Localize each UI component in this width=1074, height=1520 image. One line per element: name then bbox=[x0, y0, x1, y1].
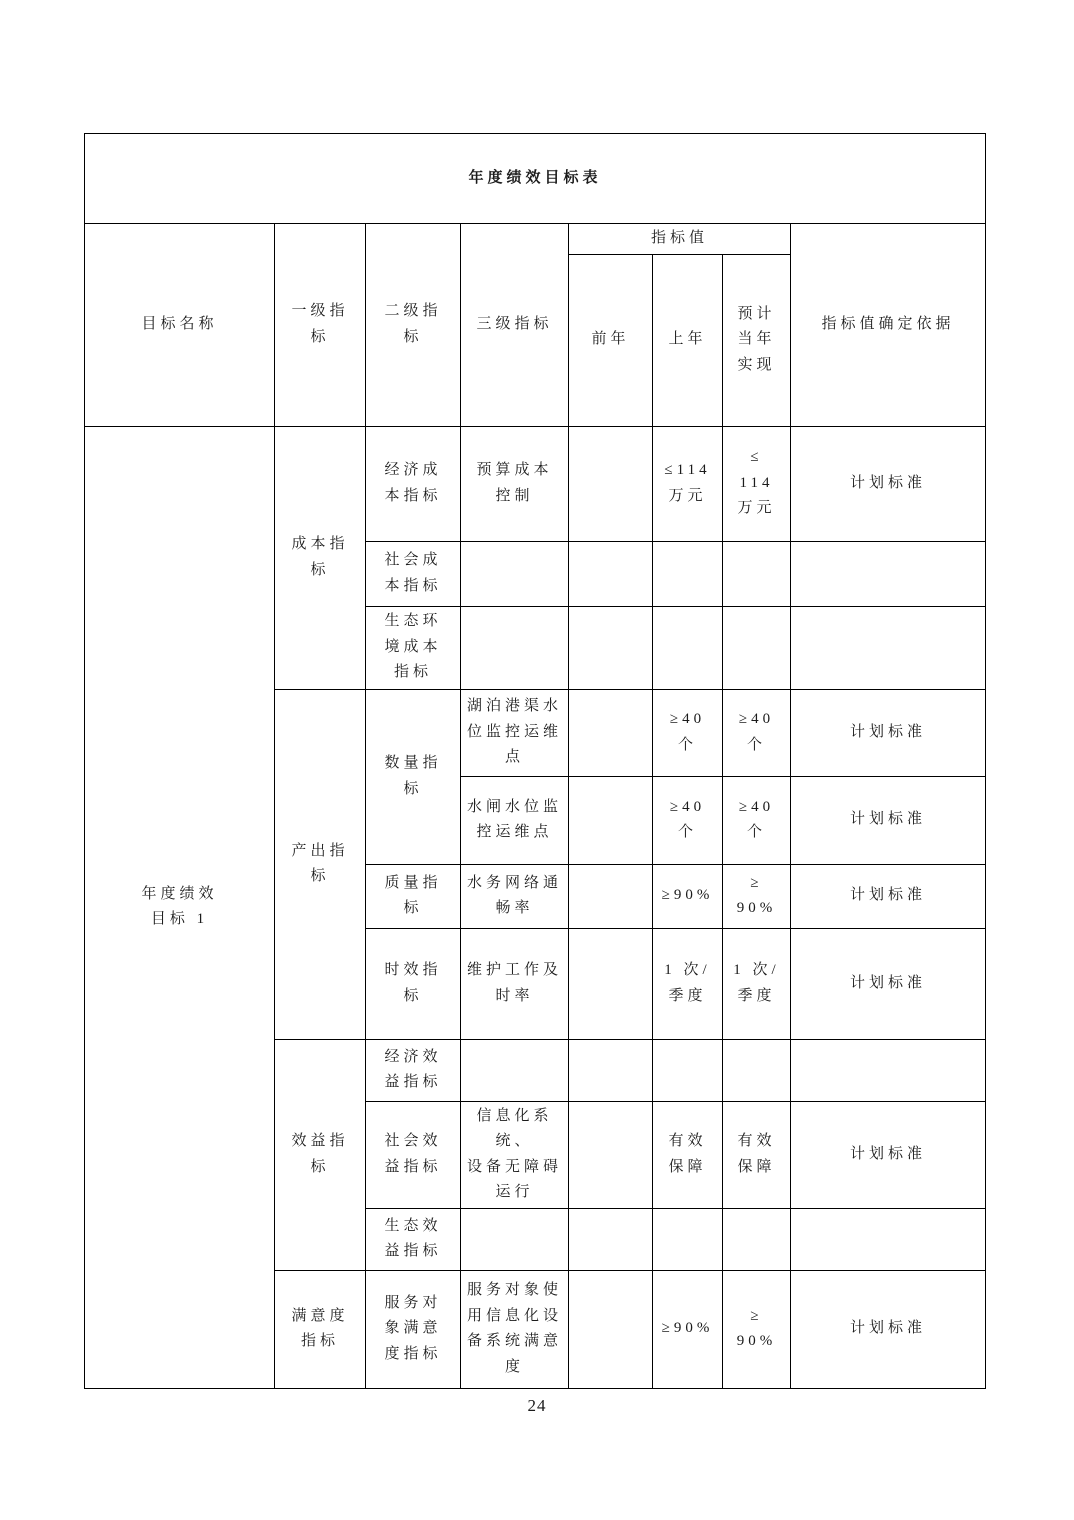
cell-r3-last-year bbox=[653, 606, 723, 689]
header-basis: 指标值确定依据 bbox=[791, 224, 986, 427]
document-page: 年度绩效目标表 目标名称 一级指 标 二级指 标 三级指标 指标值 指标值确定依… bbox=[0, 0, 1074, 1520]
cell-l3-service-object-it-satisfaction: 服务对象使 用信息化设 备系统满意 度 bbox=[461, 1270, 569, 1388]
cell-r8-expected bbox=[723, 1039, 791, 1101]
cell-r10-basis bbox=[791, 1208, 986, 1270]
cell-r8-l3 bbox=[461, 1039, 569, 1101]
cell-l2-eco-benefit: 生态效 益指标 bbox=[366, 1208, 461, 1270]
cell-r9-last-year: 有效 保障 bbox=[653, 1101, 723, 1208]
cell-r8-basis bbox=[791, 1039, 986, 1101]
cell-r10-year-before-last bbox=[569, 1208, 653, 1270]
cell-l3-maintenance-timely-rate: 维护工作及 时率 bbox=[461, 928, 569, 1039]
cell-r5-expected: ≥40 个 bbox=[723, 776, 791, 864]
cell-l2-service-object-satisfaction: 服务对 象满意 度指标 bbox=[366, 1270, 461, 1388]
header-level2-indicator: 二级指 标 bbox=[366, 224, 461, 427]
cell-l2-social-benefit: 社会效 益指标 bbox=[366, 1101, 461, 1208]
cell-r2-l3 bbox=[461, 541, 569, 606]
cell-r9-year-before-last bbox=[569, 1101, 653, 1208]
cell-r3-expected bbox=[723, 606, 791, 689]
cell-r3-year-before-last bbox=[569, 606, 653, 689]
cell-r2-year-before-last bbox=[569, 541, 653, 606]
cell-l3-sluice-monitoring-points: 水闸水位监 控运维点 bbox=[461, 776, 569, 864]
cell-r11-expected: ≥ 90% bbox=[723, 1270, 791, 1388]
cell-r6-basis: 计划标准 bbox=[791, 864, 986, 928]
header-last-year: 上年 bbox=[653, 254, 723, 426]
cell-l2-social-cost: 社会成 本指标 bbox=[366, 541, 461, 606]
cell-l2-economic-cost: 经济成 本指标 bbox=[366, 426, 461, 541]
header-level1-indicator: 一级指 标 bbox=[275, 224, 366, 427]
cell-l2-timeliness: 时效指 标 bbox=[366, 928, 461, 1039]
cell-l1-satisfaction: 满意度 指标 bbox=[275, 1270, 366, 1388]
cell-r11-basis: 计划标准 bbox=[791, 1270, 986, 1388]
cell-r1-basis: 计划标准 bbox=[791, 426, 986, 541]
cell-r4-year-before-last bbox=[569, 689, 653, 776]
cell-r2-last-year bbox=[653, 541, 723, 606]
cell-r5-year-before-last bbox=[569, 776, 653, 864]
cell-r4-last-year: ≥40 个 bbox=[653, 689, 723, 776]
cell-r6-last-year: ≥90% bbox=[653, 864, 723, 928]
cell-r3-basis bbox=[791, 606, 986, 689]
cell-r7-basis: 计划标准 bbox=[791, 928, 986, 1039]
cell-r2-expected bbox=[723, 541, 791, 606]
page-number: 24 bbox=[0, 1396, 1074, 1416]
header-expected-current-year: 预计 当年 实现 bbox=[723, 254, 791, 426]
cell-r4-expected: ≥40 个 bbox=[723, 689, 791, 776]
cell-r3-l3 bbox=[461, 606, 569, 689]
cell-l1-output: 产出指 标 bbox=[275, 689, 366, 1039]
cell-l3-budget-cost-control: 预算成本 控制 bbox=[461, 426, 569, 541]
cell-l1-cost: 成本指 标 bbox=[275, 426, 366, 689]
cell-r4-basis: 计划标准 bbox=[791, 689, 986, 776]
cell-r7-expected: 1 次/ 季度 bbox=[723, 928, 791, 1039]
cell-r1-year-before-last bbox=[569, 426, 653, 541]
cell-r11-year-before-last bbox=[569, 1270, 653, 1388]
cell-r9-expected: 有效 保障 bbox=[723, 1101, 791, 1208]
cell-r7-year-before-last bbox=[569, 928, 653, 1039]
header-level3-indicator: 三级指标 bbox=[461, 224, 569, 427]
cell-r6-expected: ≥ 90% bbox=[723, 864, 791, 928]
cell-r8-last-year bbox=[653, 1039, 723, 1101]
cell-r10-expected bbox=[723, 1208, 791, 1270]
header-indicator-value: 指标值 bbox=[569, 224, 791, 255]
cell-l3-it-system-barrier-free: 信息化系统、 设备无障碍 运行 bbox=[461, 1101, 569, 1208]
annual-performance-target-table: 年度绩效目标表 目标名称 一级指 标 二级指 标 三级指标 指标值 指标值确定依… bbox=[84, 133, 986, 1389]
cell-r2-basis bbox=[791, 541, 986, 606]
cell-r1-expected: ≤ 114 万元 bbox=[723, 426, 791, 541]
cell-r11-last-year: ≥90% bbox=[653, 1270, 723, 1388]
header-goal-name: 目标名称 bbox=[85, 224, 275, 427]
cell-l2-quality: 质量指 标 bbox=[366, 864, 461, 928]
cell-l2-economic-benefit: 经济效 益指标 bbox=[366, 1039, 461, 1101]
header-year-before-last: 前年 bbox=[569, 254, 653, 426]
cell-r6-year-before-last bbox=[569, 864, 653, 928]
cell-r5-last-year: ≥40 个 bbox=[653, 776, 723, 864]
cell-l1-benefit: 效益指 标 bbox=[275, 1039, 366, 1270]
table-title: 年度绩效目标表 bbox=[85, 134, 986, 224]
cell-l2-quantity: 数量指 标 bbox=[366, 689, 461, 864]
cell-r5-basis: 计划标准 bbox=[791, 776, 986, 864]
cell-r10-l3 bbox=[461, 1208, 569, 1270]
cell-r9-basis: 计划标准 bbox=[791, 1101, 986, 1208]
cell-l3-lake-monitoring-points: 湖泊港渠水 位监控运维 点 bbox=[461, 689, 569, 776]
cell-l2-eco-env-cost: 生态环 境成本 指标 bbox=[366, 606, 461, 689]
cell-goal-label: 年度绩效 目标 1 bbox=[85, 426, 275, 1388]
cell-r8-year-before-last bbox=[569, 1039, 653, 1101]
cell-r7-last-year: 1 次/ 季度 bbox=[653, 928, 723, 1039]
cell-r1-last-year: ≤114 万元 bbox=[653, 426, 723, 541]
cell-r10-last-year bbox=[653, 1208, 723, 1270]
cell-l3-network-smooth-rate: 水务网络通 畅率 bbox=[461, 864, 569, 928]
